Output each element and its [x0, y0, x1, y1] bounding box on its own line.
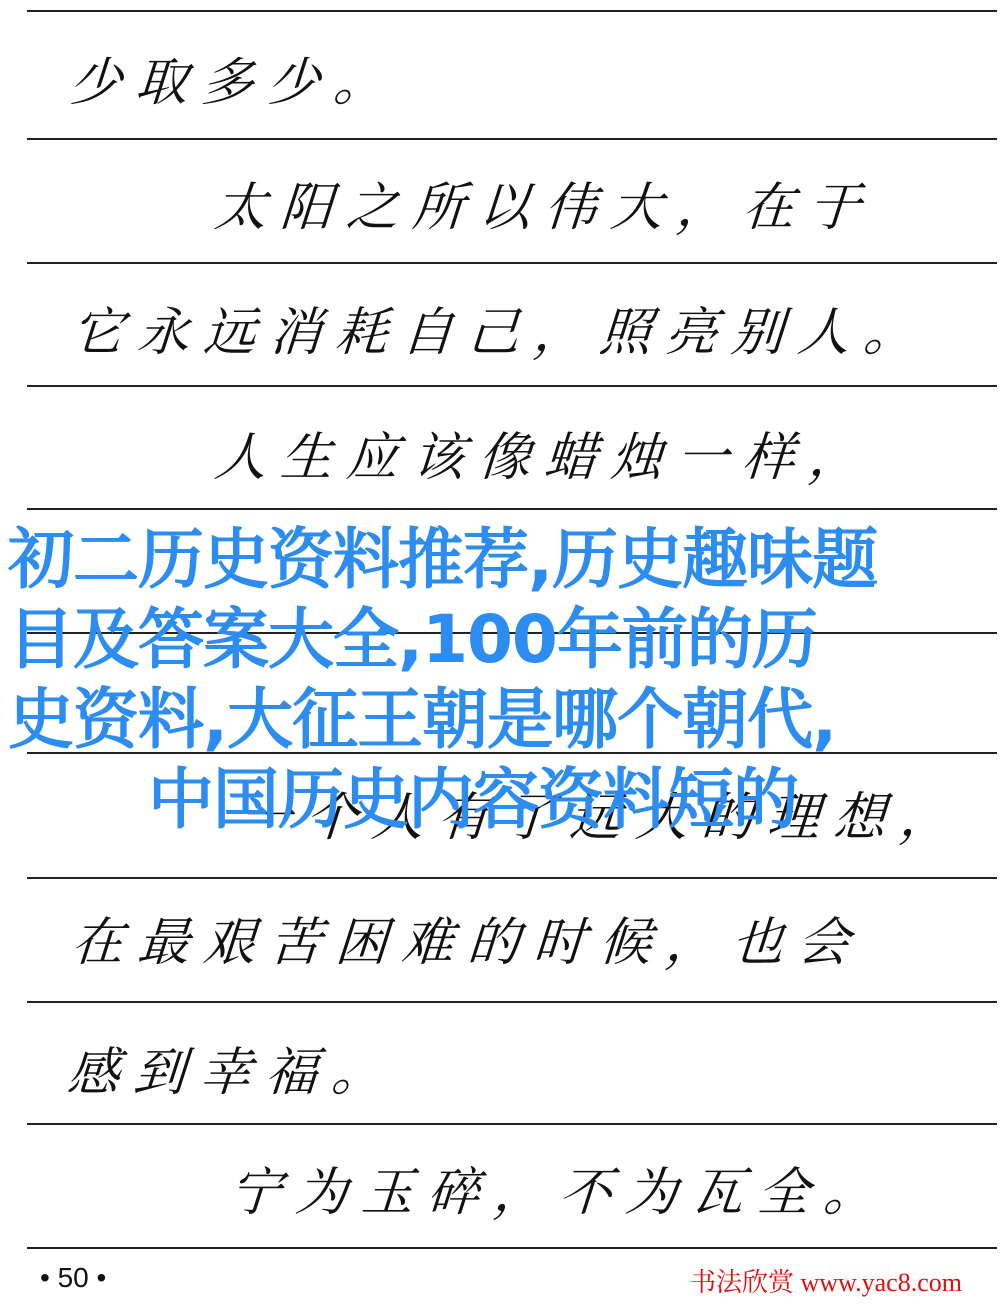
- handwritten-line-2: 太阳之所以伟大，在于: [212, 165, 877, 240]
- overlay-title: 初二历史资料推荐,历史趣味题 目及答案大全,100年前的历 史资料,大征王朝是哪…: [8, 520, 998, 840]
- ruled-line: [27, 262, 997, 264]
- ruled-line: [27, 1247, 997, 1249]
- handwritten-line-4: 人生应该像蜡烛一样，: [212, 415, 877, 490]
- overlay-title-line-3: 史资料,大征王朝是哪个朝代,: [8, 680, 998, 760]
- overlay-title-line-1: 初二历史资料推荐,历史趣味题: [8, 520, 998, 600]
- ruled-line: [27, 877, 997, 879]
- handwritten-line-1: 少取多少。: [67, 40, 402, 115]
- scanned-page: 少取多少。 太阳之所以伟大，在于 它永远消耗自己，照亮别人。 人生应该像蜡烛一样…: [0, 0, 1000, 1311]
- ruled-line: [27, 385, 997, 387]
- ruled-line: [27, 1001, 997, 1003]
- ruled-line: [27, 138, 997, 140]
- ruled-line: [27, 508, 997, 510]
- ruled-line: [27, 1123, 997, 1125]
- page-number: • 50 •: [40, 1262, 106, 1294]
- ruled-line: [27, 10, 997, 12]
- overlay-title-line-4: 中国历史内容资料短的: [8, 760, 998, 840]
- handwritten-line-3: 它永远消耗自己，照亮别人。: [69, 290, 932, 365]
- overlay-title-line-2: 目及答案大全,100年前的历: [8, 600, 998, 680]
- handwritten-line-6: 在最艰苦困难的时候，也会: [69, 900, 866, 975]
- watermark: 书法欣赏 www.yac8.com: [690, 1262, 962, 1299]
- handwritten-line-7: 感到幸福。: [65, 1030, 400, 1105]
- handwritten-line-8: 宁为玉碎，不为瓦全。: [227, 1150, 892, 1225]
